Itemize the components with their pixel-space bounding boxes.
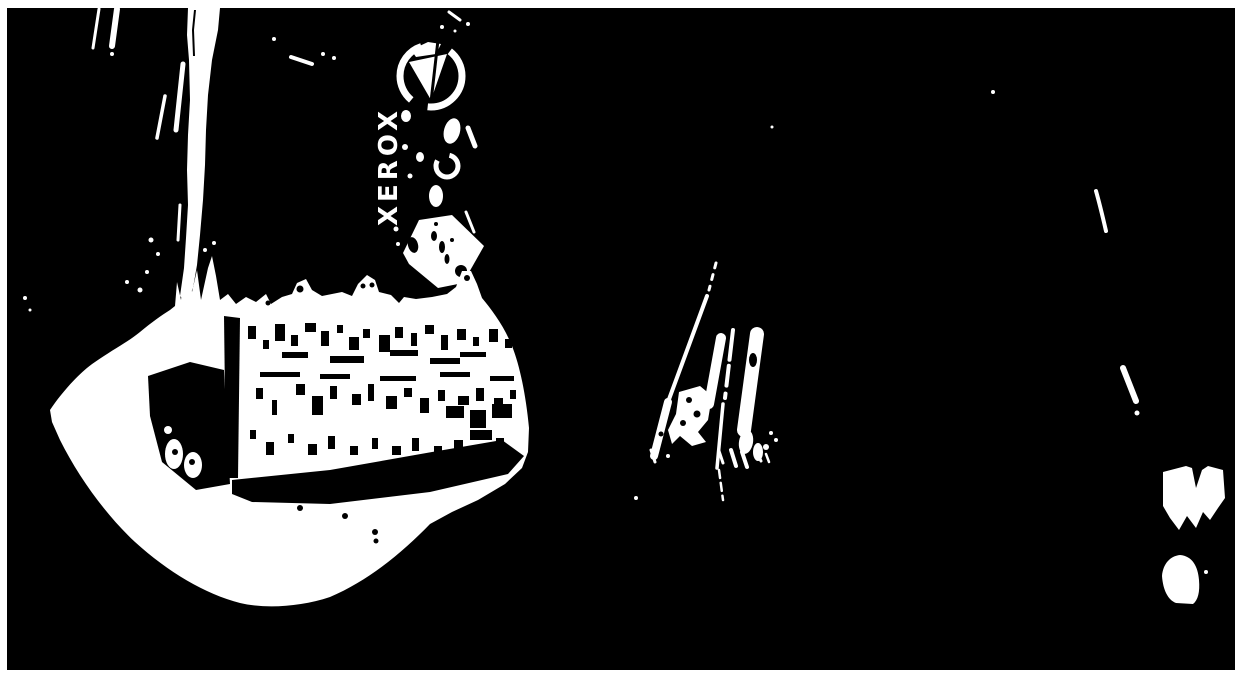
xerox-wordmark: XEROX — [374, 107, 404, 226]
edge-dot — [1135, 411, 1140, 416]
binarized-photo: XEROX — [0, 0, 1240, 677]
blob-side-dot — [1204, 570, 1208, 574]
dark-strip — [224, 316, 240, 478]
binarized-photo-canvas: XEROX — [0, 0, 1240, 677]
